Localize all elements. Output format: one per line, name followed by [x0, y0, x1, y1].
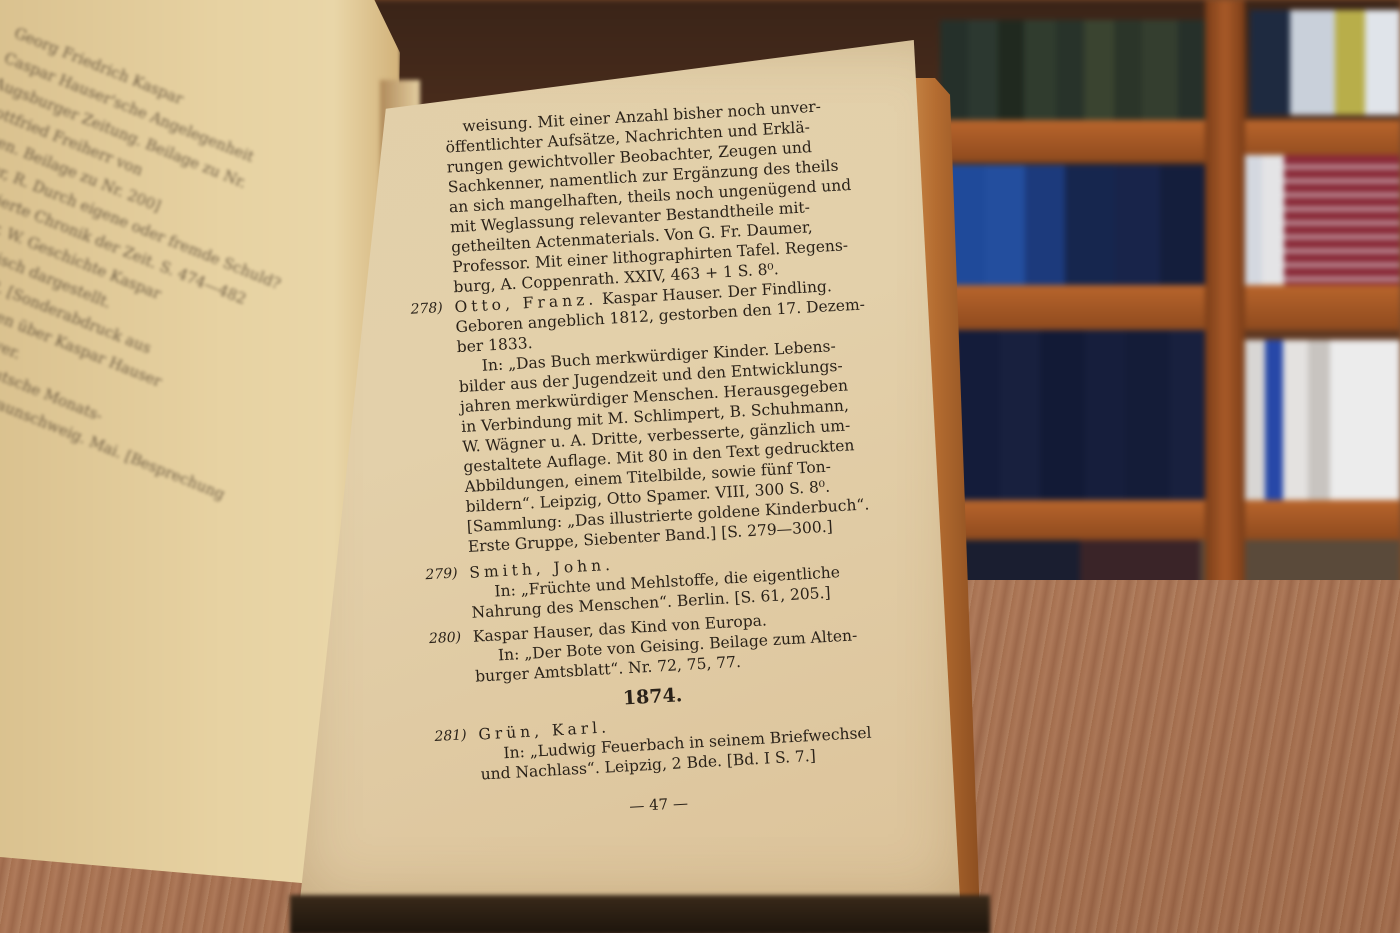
entry-number: 280) [428, 627, 461, 649]
book-bottom-shadow [290, 895, 990, 933]
book-row-top-right [1250, 10, 1400, 115]
book-row-lower [955, 330, 1215, 500]
entry-number: 281) [434, 725, 467, 747]
entry-number: 278) [410, 298, 443, 320]
entry-number: 279) [425, 564, 458, 586]
shelf-board [930, 285, 1400, 330]
shelf-post [1205, 0, 1245, 600]
right-page-text: weisung. Mit einer Anzahl bisher noch un… [400, 95, 879, 826]
book-row-lower-right [1245, 340, 1400, 505]
shelf-board [940, 500, 1400, 540]
photo-scene: Georg Friedrich Kaspar Caspar Hauser'sch… [0, 0, 1400, 933]
bibliography-entry-278: 278) Otto, Franz. Kaspar Hauser. Der Fin… [410, 275, 864, 559]
left-page-text: Georg Friedrich Kaspar Caspar Hauser'sch… [0, 20, 354, 505]
book-row-middle-right [1240, 155, 1400, 285]
continuation-paragraph: weisung. Mit einer Anzahl bisher noch un… [400, 95, 849, 299]
book-row-middle [945, 165, 1205, 290]
